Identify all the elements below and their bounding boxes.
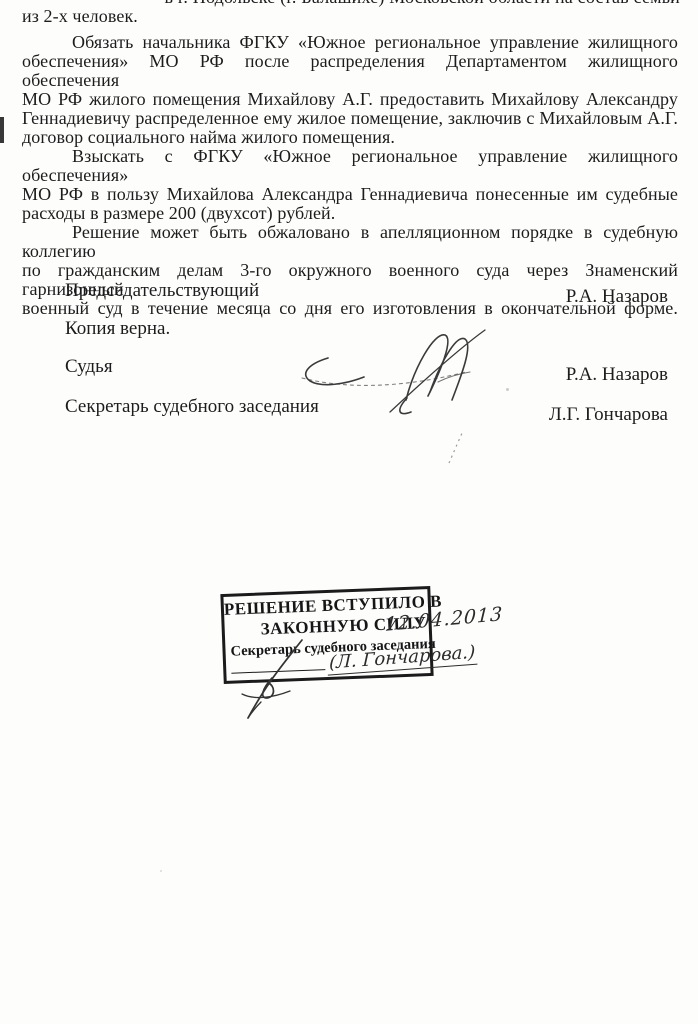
- scan-speck: [160, 870, 162, 872]
- legal-force-stamp: РЕШЕНИЕ ВСТУПИЛО В ЗАКОННУЮ СИЛУ 12.04.2…: [220, 586, 433, 684]
- judge-name: Р.А. Назаров: [566, 364, 668, 386]
- scanned-court-document-page: в г. Подольске (г. Балашихе) Московской …: [0, 0, 698, 1024]
- presiding-judge-label: Председательствующий: [65, 280, 259, 302]
- copy-correct-label: Копия верна.: [65, 318, 170, 340]
- decision-body-text: из 2-х человек.Обязать начальника ФГКУ «…: [22, 7, 678, 318]
- scan-speck: [506, 388, 509, 391]
- body-line: из 2-х человек.: [22, 7, 678, 26]
- body-line: МО РФ в пользу Михайлова Александра Генн…: [22, 185, 678, 204]
- stray-pen-mark: [446, 428, 466, 466]
- presiding-judge-name: Р.А. Назаров: [566, 286, 668, 308]
- court-secretary-name: Л.Г. Гончарова: [549, 404, 668, 426]
- stamp-signature-line: [231, 669, 325, 674]
- body-line: расходы в размере 200 (двухсот) рублей.: [22, 204, 678, 223]
- scan-speck: [630, 95, 632, 97]
- body-line: Взыскать с ФГКУ «Южное региональное упра…: [22, 147, 678, 185]
- court-secretary-label: Секретарь судебного заседания: [65, 396, 319, 418]
- judge-signature-ink: [288, 322, 518, 417]
- judge-label: Судья: [65, 356, 113, 378]
- body-line: МО РФ жилого помещения Михайлову А.Г. пр…: [22, 90, 678, 109]
- body-line: Геннадиевичу распределенное ему жилое по…: [22, 109, 678, 128]
- scan-edge-artifact: [0, 117, 4, 143]
- body-line: Обязать начальника ФГКУ «Южное региональ…: [22, 33, 678, 52]
- body-line: обеспечения» МО РФ после распределения Д…: [22, 52, 678, 90]
- body-line: договор социального найма жилого помещен…: [22, 128, 678, 147]
- body-line: Решение может быть обжаловано в апелляци…: [22, 223, 678, 261]
